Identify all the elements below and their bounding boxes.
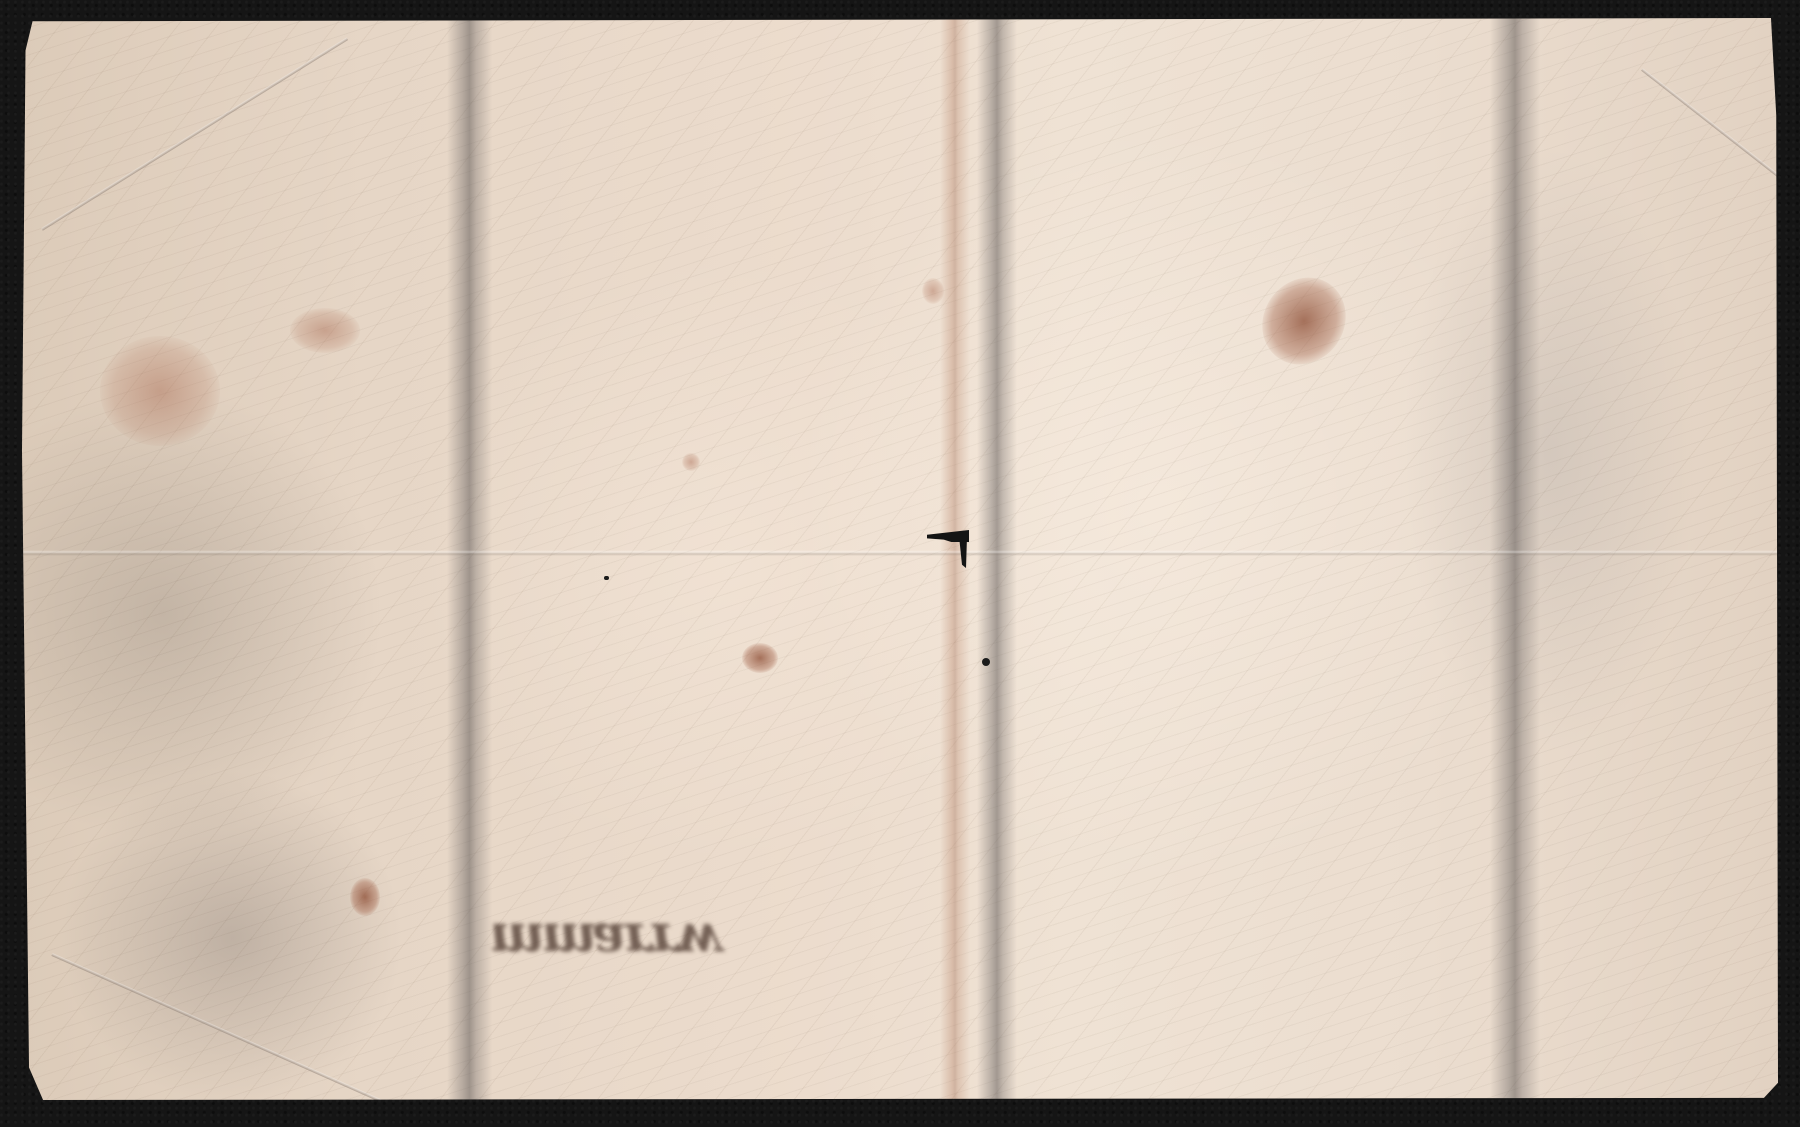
fold-line-center [977, 18, 1017, 1100]
horizontal-crease [22, 550, 1778, 556]
stain-spot-center [742, 643, 778, 673]
stain-spot-fold [922, 278, 944, 304]
fold-line-left [447, 18, 492, 1100]
ink-dot [604, 576, 609, 580]
foxing-stain-upper-left [290, 308, 360, 353]
stain-spot-lower-left [350, 878, 380, 916]
fold-line-right [1490, 18, 1540, 1100]
aged-paper-document: ʍɹɹɐɯɯ [22, 18, 1778, 1100]
stain-spot-small [682, 453, 700, 471]
bleed-through-ink: ʍɹɹɐɯɯ [489, 903, 728, 964]
ink-dot-fold [982, 658, 990, 666]
foxing-stain-left [100, 336, 220, 446]
